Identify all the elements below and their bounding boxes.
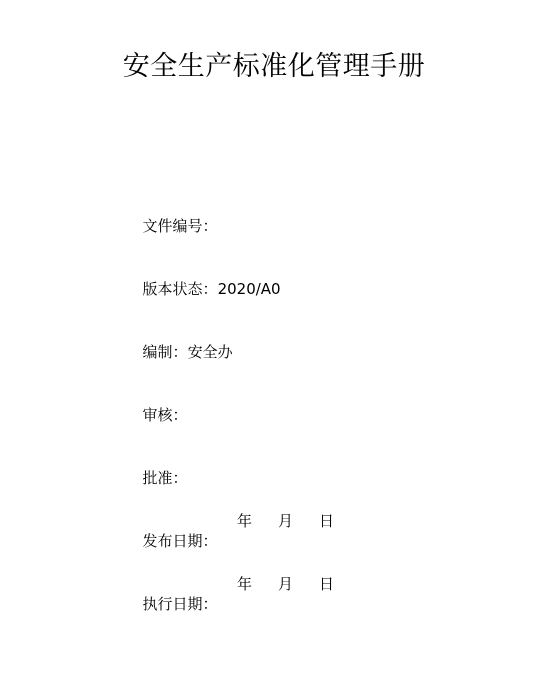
- date-year: 年: [237, 511, 252, 531]
- date-month: 月: [278, 574, 293, 594]
- field-value: 安全办: [188, 343, 233, 361]
- field-version-status: 版本状态：2020/A0: [133, 259, 281, 299]
- field-label: 审核：: [143, 406, 188, 424]
- date-day: 日: [319, 574, 334, 594]
- field-label: 编制：: [143, 343, 188, 361]
- field-effective-date: 执行日期： 年 月 日: [133, 574, 393, 594]
- date-day: 日: [319, 511, 334, 531]
- date-year: 年: [237, 574, 252, 594]
- document-title: 安全生产标准化管理手册: [0, 50, 548, 84]
- field-label: 批准：: [143, 469, 188, 487]
- field-label: 发布日期：: [143, 532, 218, 550]
- field-compiled-by: 编制：安全办: [133, 322, 233, 362]
- field-label: 执行日期：: [143, 595, 218, 613]
- date-month: 月: [278, 511, 293, 531]
- field-label: 版本状态：: [143, 280, 218, 298]
- field-reviewed-by: 审核：: [133, 385, 188, 425]
- field-label: 文件编号：: [143, 217, 218, 235]
- field-value: 2020/A0: [218, 280, 281, 298]
- field-release-date: 发布日期： 年 月 日: [133, 511, 393, 531]
- field-approved-by: 批准：: [133, 448, 188, 488]
- field-document-number: 文件编号：: [133, 196, 218, 236]
